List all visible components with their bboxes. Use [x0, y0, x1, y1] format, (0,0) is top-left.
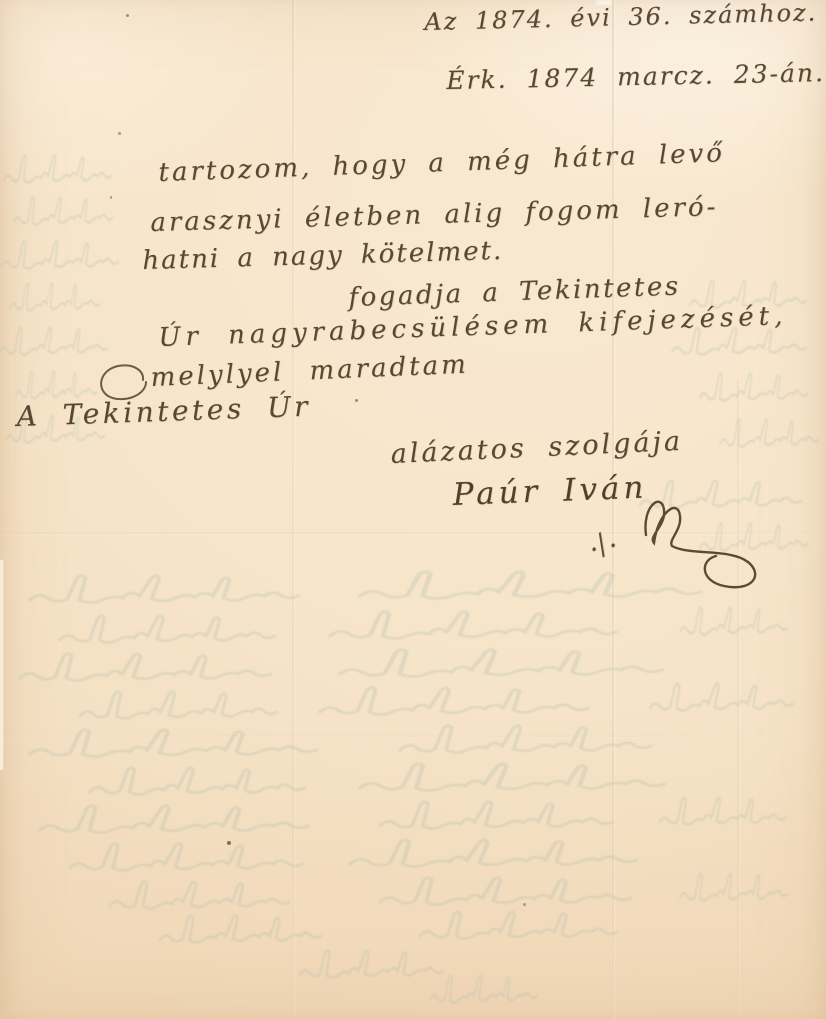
body-line: Úr nagyrabecsülésem kifejezését, [158, 301, 788, 353]
docket-number-note: Az 1874. évi 36. számhoz. [424, 0, 818, 36]
signature: Paúr Iván [452, 470, 648, 513]
melylyel-lead-flourish [101, 365, 146, 399]
valediction-line: alázatos szolgája [390, 426, 684, 470]
paper-speck [227, 841, 231, 845]
paper-speck [126, 14, 129, 17]
body-line: hatni a nagy kötelmet. [142, 236, 504, 276]
body-line: arasznyi életben alig fogom leró- [150, 192, 719, 238]
signature-flourish [645, 502, 755, 587]
received-date-note: Érk. 1874 marcz. 23-án. [446, 58, 825, 95]
fold-crease-horizontal-lower [0, 735, 826, 737]
paper-speck [110, 196, 112, 199]
body-line: melylyel maradtam [150, 350, 469, 393]
body-line: tartozom, hogy a még hátra levő [158, 138, 725, 188]
paper-speck [523, 903, 526, 906]
letter-scan: Az 1874. évi 36. számhoz. Érk. 1874 marc… [0, 0, 826, 1019]
scan-edge-highlight [0, 560, 3, 770]
fold-crease-vertical-far-right [737, 380, 739, 1019]
paper-speck [355, 399, 358, 402]
paper-speck [118, 132, 121, 135]
addressee-line: A Tekintetes Úr [16, 390, 312, 433]
reference-mark: ·/. [582, 525, 621, 566]
fold-crease-horizontal-middle [0, 532, 826, 534]
